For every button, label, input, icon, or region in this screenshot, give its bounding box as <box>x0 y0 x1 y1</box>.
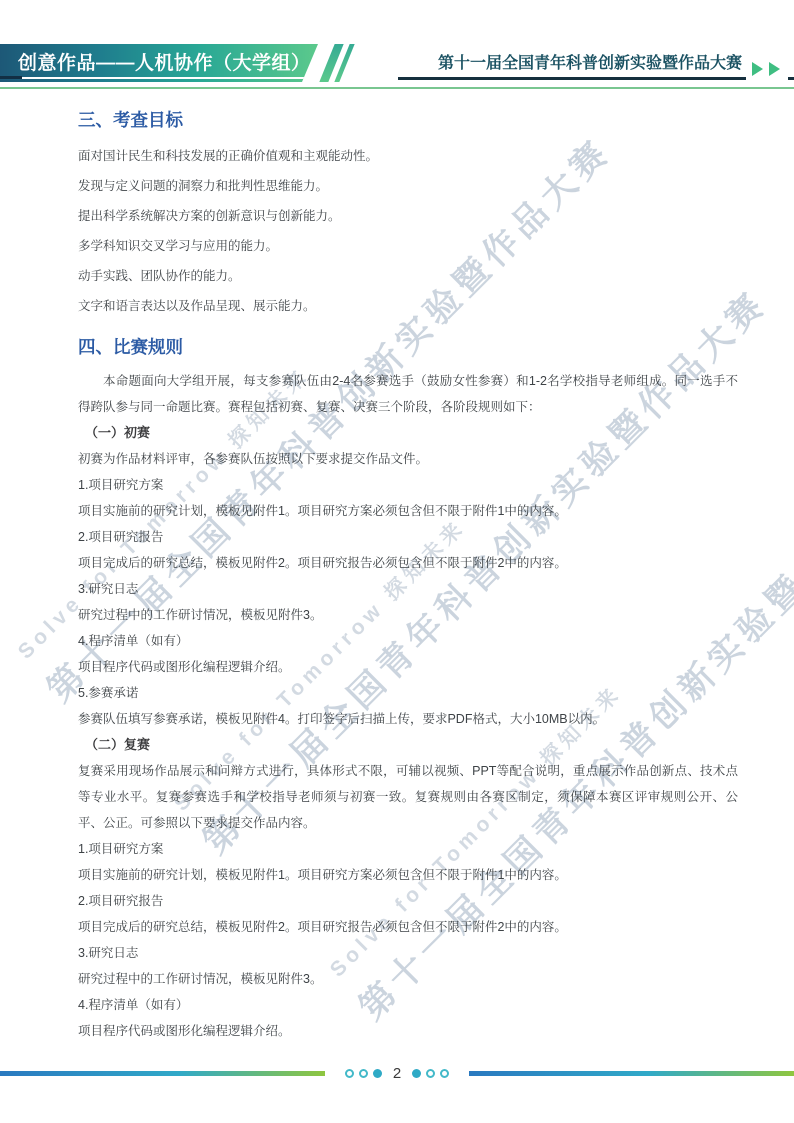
body-line: 2.项目研究报告 <box>78 888 738 914</box>
body-line: 3.研究日志 <box>78 940 738 966</box>
body-line: 项目实施前的研究计划，模板见附件1。项目研究方案必须包含但不限于附件1中的内容。 <box>78 498 738 524</box>
body-line: 面对国计民生和科技发展的正确价值观和主观能动性。 <box>78 141 738 171</box>
subheading-preliminary-round: （一）初赛 <box>78 420 738 446</box>
body-line: 研究过程中的工作研讨情况，模板见附件3。 <box>78 966 738 992</box>
competition-title-underline: 第十一届全国青年科普创新实验暨作品大赛 <box>398 50 746 80</box>
body-line: 4.程序清单（如有） <box>78 992 738 1018</box>
section-heading-exam-goals: 三、考查目标 <box>78 110 738 131</box>
pagination-dot <box>345 1069 354 1078</box>
body-line: 3.研究日志 <box>78 576 738 602</box>
document-page: Solve for Tomorrow 探知未来 第十一届全国青年科普创新实验暨作… <box>0 0 794 1123</box>
paragraph: 本命题面向大学组开展，每支参赛队伍由2-4名参赛选手（鼓励女性参赛）和1-2名学… <box>78 368 738 420</box>
play-arrow-icon <box>769 62 780 76</box>
banner-title: 创意作品——人机协作（大学组） <box>18 48 311 79</box>
body-line: 5.参赛承诺 <box>78 680 738 706</box>
body-line: 参赛队伍填写参赛承诺，模板见附件4。打印签字后扫描上传，要求PDF格式，大小10… <box>78 706 738 732</box>
page-number: 2 <box>393 1066 401 1081</box>
paragraph: 复赛采用现场作品展示和问辩方式进行，具体形式不限，可辅以视频、PPT等配合说明，… <box>78 758 738 836</box>
pagination-dot <box>359 1069 368 1078</box>
header-right: 第十一届全国青年科普创新实验暨作品大赛 <box>398 48 794 80</box>
body-line: 1.项目研究方案 <box>78 836 738 862</box>
pagination-dot <box>440 1069 449 1078</box>
body-line: 研究过程中的工作研讨情况，模板见附件3。 <box>78 602 738 628</box>
section-heading-competition-rules: 四、比赛规则 <box>78 337 738 358</box>
pagination-dot <box>426 1069 435 1078</box>
pagination: 2 <box>0 1062 794 1084</box>
body-line: 项目程序代码或图形化编程逻辑介绍。 <box>78 1018 738 1044</box>
body-line: 项目程序代码或图形化编程逻辑介绍。 <box>78 654 738 680</box>
body-line: 1.项目研究方案 <box>78 472 738 498</box>
body-line: 多学科知识交叉学习与应用的能力。 <box>78 231 738 261</box>
body-line: 发现与定义问题的洞察力和批判性思维能力。 <box>78 171 738 201</box>
header-green-divider <box>0 87 794 89</box>
body-line: 文字和语言表达以及作品呈现、展示能力。 <box>78 291 738 321</box>
competition-title: 第十一届全国青年科普创新实验暨作品大赛 <box>438 55 742 72</box>
play-arrow-icon <box>752 62 763 76</box>
body-line: 初赛为作品材料评审，各参赛队伍按照以下要求提交作品文件。 <box>78 446 738 472</box>
pagination-dot-active <box>412 1069 421 1078</box>
body-line: 项目完成后的研究总结，模板见附件2。项目研究报告必须包含但不限于附件2中的内容。 <box>78 914 738 940</box>
body-line: 项目实施前的研究计划，模板见附件1。项目研究方案必须包含但不限于附件1中的内容。 <box>78 862 738 888</box>
banner-underline <box>0 76 22 79</box>
body-line: 提出科学系统解决方案的创新意识与创新能力。 <box>78 201 738 231</box>
body-line: 动手实践、团队协作的能力。 <box>78 261 738 291</box>
header-banner: 创意作品——人机协作（大学组） <box>0 44 318 82</box>
subheading-semifinal-round: （二）复赛 <box>78 732 738 758</box>
pagination-dot-active <box>373 1069 382 1078</box>
body-line: 项目完成后的研究总结，模板见附件2。项目研究报告必须包含但不限于附件2中的内容。 <box>78 550 738 576</box>
body-line: 2.项目研究报告 <box>78 524 738 550</box>
header-tail-line <box>788 77 794 80</box>
document-body: 三、考查目标 面对国计民生和科技发展的正确价值观和主观能动性。 发现与定义问题的… <box>78 110 738 1044</box>
body-line: 4.程序清单（如有） <box>78 628 738 654</box>
